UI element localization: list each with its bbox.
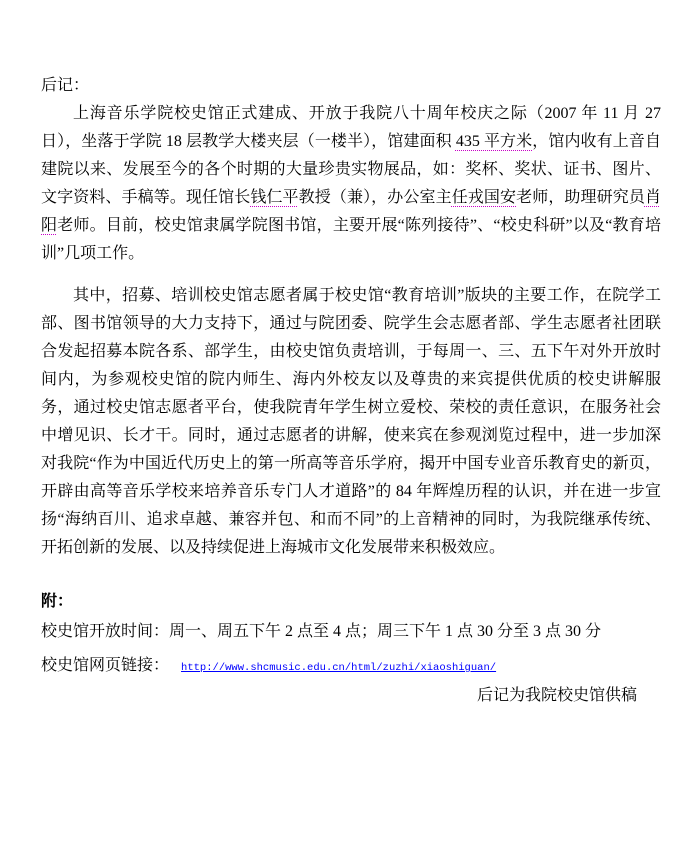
page-title: 后记：	[41, 72, 661, 100]
spellcheck-flagged-text: 钱仁平	[250, 189, 298, 206]
paragraph-text: 老师，助理研究员	[516, 189, 645, 206]
website-link-line: 校史馆网页链接：http://www.shcmusic.edu.cn/html/…	[41, 652, 661, 682]
body-paragraphs: 上海音乐学院校史馆正式建成、开放于我院八十周年校庆之际（2007 年 11 月 …	[41, 100, 661, 562]
credit-note: 后记为我院校史馆供稿	[41, 682, 661, 710]
spellcheck-flagged-text: 任戎国安	[452, 189, 516, 206]
website-link-label: 校史馆网页链接：	[41, 657, 169, 674]
paragraph-text: 其中，招募、培训校史馆志愿者属于校史馆“教育培训”版块的主要工作，在院学工部、图…	[41, 287, 661, 556]
appendix-heading: 附：	[41, 588, 661, 616]
opening-hours-line: 校史馆开放时间：周一、周五下午 2 点至 4 点；周三下午 1 点 30 分至 …	[41, 618, 661, 646]
museum-website-link[interactable]: http://www.shcmusic.edu.cn/html/zuzhi/xi…	[181, 662, 496, 674]
paragraph-text: 老师。目前，校史馆隶属学院图书馆，主要开展“陈列接待”、“校史科研”以及“教育培…	[41, 217, 661, 262]
volunteer-program-paragraph: 其中，招募、培训校史馆志愿者属于校史馆“教育培训”版块的主要工作，在院学工部、图…	[41, 282, 661, 562]
document-page: 后记： 上海音乐学院校史馆正式建成、开放于我院八十周年校庆之际（2007 年 1…	[0, 0, 683, 857]
paragraph-text: 教授（兼），办公室主	[299, 189, 452, 206]
spellcheck-flagged-text: 435 平方米	[456, 133, 532, 150]
museum-intro-paragraph: 上海音乐学院校史馆正式建成、开放于我院八十周年校庆之际（2007 年 11 月 …	[41, 100, 661, 268]
